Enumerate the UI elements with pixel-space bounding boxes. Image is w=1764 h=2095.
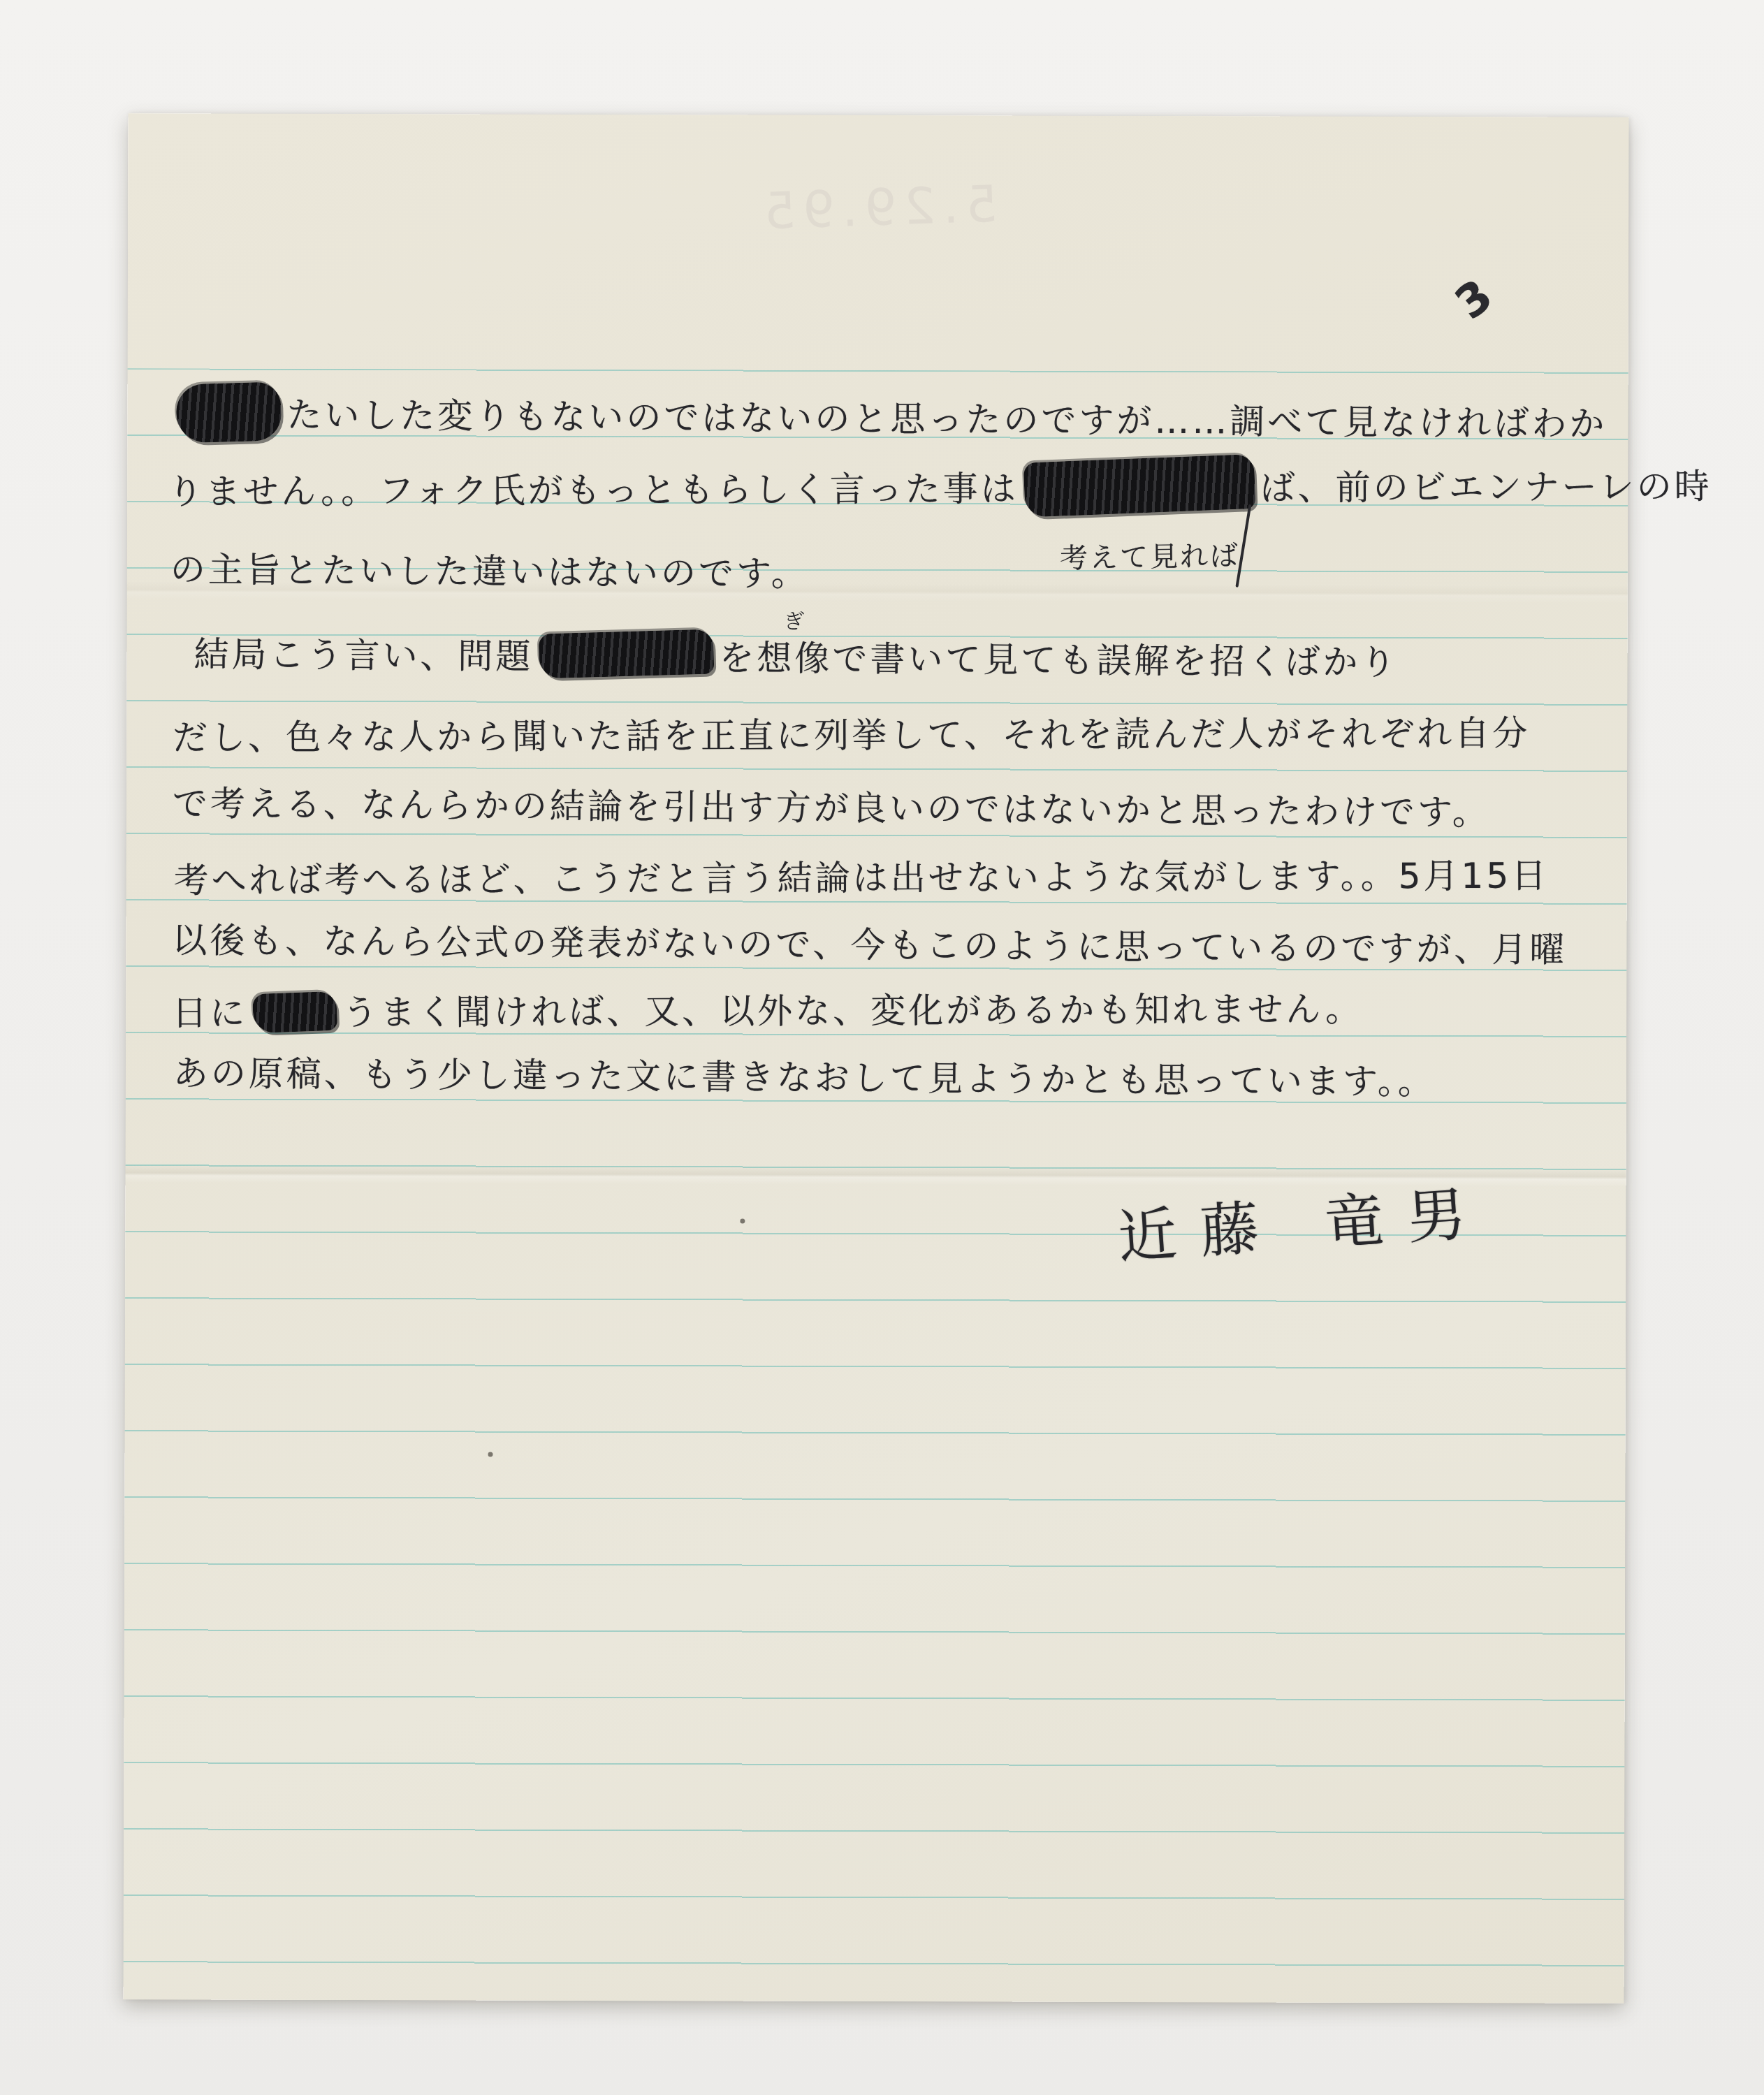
insertion-text: 考えて見れば	[1059, 534, 1240, 576]
ink-speck	[740, 1218, 745, 1223]
line-text: 日に	[172, 993, 247, 1033]
handwritten-line: 考へれば考へるほど、こうだと言う結論は出せないような気がします。。5月15日	[174, 848, 1550, 903]
page-number: 3	[1446, 270, 1503, 330]
handwritten-line: 日にうまく聞ければ、又、以外な、変化があるかも知れません。	[172, 981, 1363, 1036]
letter-page: 5.29.95 3 たいした変りもないのではないのと思ったのですが……調べて見な…	[123, 113, 1628, 2003]
line-text: 結局こう言い、問題	[194, 634, 533, 677]
handwritten-line: りません。。フォク氏がもっともらしく言った事はば、前のビエンナーレの時	[168, 456, 1712, 516]
line-text: うまく聞ければ、又、以外な、変化があるかも知れません。	[342, 989, 1363, 1033]
handwritten-line: たいした変りもないのではないのと思ったのですが……調べて見なければわか	[170, 383, 1608, 451]
line-text: で考える、なんらかの結論を引出す方が良いのではないかと思ったわけです。	[173, 783, 1490, 833]
line-text: たいした変りもないのではないのと思ったのですが……調べて見なければわか	[286, 395, 1607, 444]
scribble-redaction	[1023, 454, 1255, 518]
scribble-redaction	[539, 629, 715, 679]
line-text: を想像で書いて見ても誤解を招くばかり	[719, 638, 1398, 683]
handwritten-line: 以後も、なんら公式の発表がないので、今もこのように思っているのですが、月曜	[172, 912, 1567, 972]
line-text: 以後も、なんら公式の発表がないので、今もこのように思っているのですが、月曜	[172, 920, 1567, 970]
line-text: あの原稿、もう少し違った文に書きなおして見ようかとも思っています。。	[173, 1053, 1436, 1102]
handwritten-line: あの原稿、もう少し違った文に書きなおして見ようかとも思っています。。	[173, 1045, 1436, 1104]
line-text: ば、前のビエンナーレの時	[1260, 466, 1712, 508]
line-text: の主旨とたいした違いはないのです。	[170, 549, 809, 594]
scribble-redaction	[175, 381, 282, 443]
line-text: りません。。フォク氏がもっともらしく言った事は	[168, 469, 1019, 512]
scanned-letter-canvas: 5.29.95 3 たいした変りもないのではないのと思ったのですが……調べて見な…	[0, 0, 1764, 2095]
line-text: だし、色々な人から聞いた話を正直に列挙して、それを読んだ人がそれぞれ自分	[173, 713, 1530, 759]
scribble-redaction	[252, 991, 337, 1034]
handwritten-line: の主旨とたいした違いはないのです。	[170, 541, 809, 596]
ink-speck	[488, 1452, 493, 1457]
handwritten-line: で考える、なんらかの結論を引出す方が良いのではないかと思ったわけです。	[173, 775, 1490, 835]
handwritten-line: 結局こう言い、問題を想像で書いて見ても誤解を招くばかり	[194, 627, 1398, 685]
bleed-through-date: 5.29.95	[756, 174, 998, 240]
handwritten-line: だし、色々な人から聞いた話を正直に列挙して、それを読んだ人がそれぞれ自分	[173, 706, 1530, 761]
line-text: 考へれば考へるほど、こうだと言う結論は出せないような気がします。。5月15日	[174, 856, 1550, 901]
